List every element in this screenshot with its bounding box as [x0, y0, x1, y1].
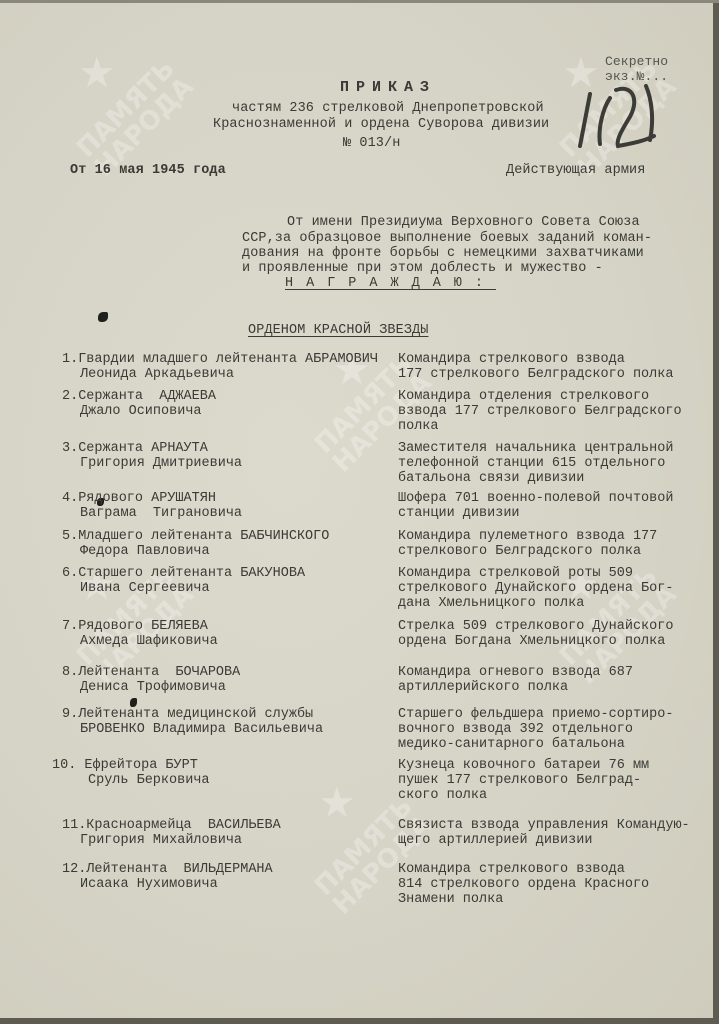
awardee-rank-surname: 1.Гвардии младшего лейтенанта АБРАМОВИЧ [62, 352, 378, 367]
awardee-given-names: Ахмеда Шафиковича [80, 634, 218, 649]
awardee-rank-surname: 8.Лейтенанта БОЧАРОВА [62, 665, 240, 680]
watermark-star-icon: ★ [78, 48, 116, 97]
awardee-given-names: Ваграма Тиграновича [80, 506, 242, 521]
awardee-position: Командира стрелкового взвода 814 стрелко… [398, 862, 649, 907]
preamble-line: От имени Президиума Верховного Совета Со… [287, 215, 640, 230]
awardee-rank-surname: 9.Лейтенанта медицинской службы [62, 707, 313, 722]
order-name-heading: ОРДЕНОМ КРАСНОЙ ЗВЕЗДЫ [248, 323, 428, 338]
awardee-position: Старшего фельдшера приемо-сортиро- вочно… [398, 707, 673, 752]
awardee-given-names: Леонида Аркадьевича [80, 367, 234, 382]
awardee-rank-surname: 4.Рядового АРУШАТЯН [62, 491, 216, 506]
handwritten-number: 152 [576, 80, 662, 152]
awardee-given-names: Исаака Нухимовича [80, 877, 218, 892]
awardee-given-names: Федора Павловича [80, 544, 210, 559]
awardee-position: Командира стрелковой роты 509 стрелковог… [398, 566, 673, 611]
awardee-position: Командира отделения стрелкового взвода 1… [398, 389, 682, 434]
ink-blot [130, 698, 137, 707]
ink-blot [98, 312, 108, 322]
awardee-rank-surname: 12.Лейтенанта ВИЛЬДЕРМАНА [62, 862, 273, 877]
addressee-line: Краснознаменной и ордена Суворова дивизи… [213, 117, 549, 132]
awardee-rank-surname: 6.Старшего лейтенанта БАКУНОВА [62, 566, 305, 581]
awardee-given-names: Григория Михайловича [80, 833, 242, 848]
order-date: От 16 мая 1945 года [70, 163, 226, 178]
awardee-rank-surname: 11.Красноармейца ВАСИЛЬЕВА [62, 818, 281, 833]
order-location: Действующая армия [506, 163, 645, 178]
awardee-given-names: Джало Осиповича [80, 404, 202, 419]
page-edge [0, 1018, 719, 1024]
awardee-position: Заместителя начальника центральной телеф… [398, 441, 673, 486]
order-title: ПРИКАЗ [340, 80, 436, 95]
award-heading: НАГРАЖДАЮ: [285, 276, 496, 291]
awardee-position: Командира пулеметного взвода 177 стрелко… [398, 529, 657, 559]
awardee-given-names: Дениса Трофимовича [80, 680, 226, 695]
awardee-position: Командира огневого взвода 687 артиллерий… [398, 665, 633, 695]
awardee-rank-surname: 2.Сержанта АДЖАЕВА [62, 389, 216, 404]
awardee-rank-surname: 3.Сержанта АРНАУТА [62, 441, 208, 456]
awardee-given-names: Григория Дмитриевича [80, 456, 242, 471]
awardee-position: Стрелка 509 стрелкового Дунайского орден… [398, 619, 673, 649]
addressee-line: частям 236 стрелковой Днепропетровской [232, 101, 544, 116]
awardee-position: Связиста взвода управления Командую- щег… [398, 818, 690, 848]
awardee-given-names: Сруль Берковича [88, 773, 210, 788]
classification-label: Секретно [605, 54, 668, 69]
page-edge [0, 0, 719, 3]
preamble-line: дования на фронте борьбы с немецкими зах… [242, 246, 644, 261]
watermark-star-icon: ★ [318, 778, 356, 827]
awardee-position: Шофера 701 военно-полевой почтовой станц… [398, 491, 673, 521]
awardee-position: Командира стрелкового взвода 177 стрелко… [398, 352, 673, 382]
order-number: № 013/н [343, 136, 400, 151]
awardee-rank-surname: 7.Рядового БЕЛЯЕВА [62, 619, 208, 634]
awardee-given-names: БРОВЕНКО Владимира Васильевича [80, 722, 323, 737]
document-page: ★ ПАМЯТЬНАРОДА ★ ПАМЯТЬНАРОДА ★ ПАМЯТЬНА… [0, 0, 713, 1018]
preamble-line: ССР,за образцовое выполнение боевых зада… [242, 231, 652, 246]
page-edge [713, 0, 719, 1024]
awardee-rank-surname: 10. Ефрейтора БУРТ [52, 758, 198, 773]
preamble-line: и проявленные при этом доблесть и мужест… [242, 261, 603, 276]
awardee-position: Кузнеца ковочного батареи 76 мм пушек 17… [398, 758, 649, 803]
awardee-rank-surname: 5.Младшего лейтенанта БАБЧИНСКОГО [62, 529, 329, 544]
awardee-given-names: Ивана Сергеевича [80, 581, 210, 596]
